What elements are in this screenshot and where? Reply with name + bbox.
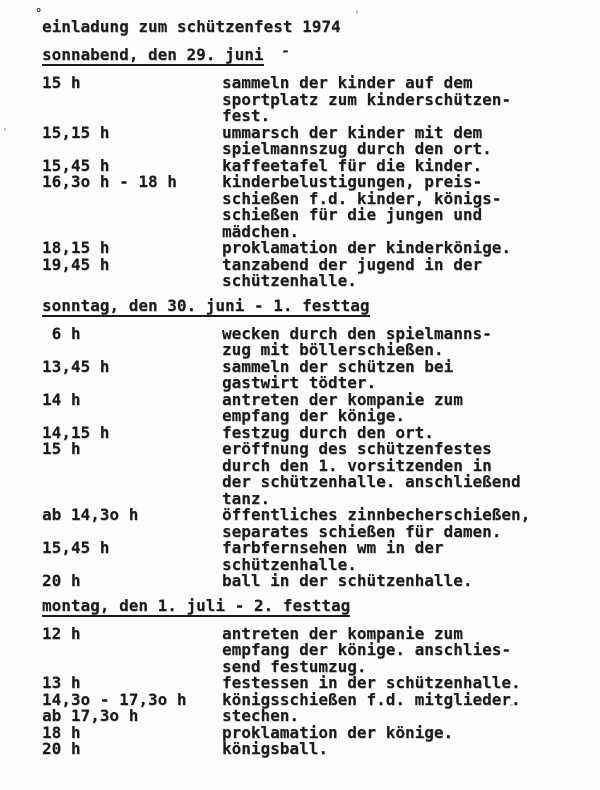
schedule-time: 13,45 h [42, 359, 222, 376]
schedule-time: ab 14,3o h [42, 507, 222, 524]
schedule-description: wecken durch den spielmanns-zug mit böll… [222, 326, 492, 359]
schedule-description: farbfernsehen wm in derschützenhalle. [222, 540, 444, 573]
schedule-description: antreten der kompanie zumempfang der kön… [222, 392, 463, 425]
schedule-row: 20 hball in der schützenhalle. [42, 573, 592, 590]
schedule-row: 6 hwecken durch den spielmanns-zug mit b… [42, 326, 592, 359]
schedule-time: 15 h [42, 441, 222, 458]
section-heading: sonnabend, den 29. juni [42, 46, 264, 66]
schedule-description: tanzabend der jugend in derschützenhalle… [222, 257, 482, 290]
schedule-row: 16,3o h - 18 hkinderbelustigungen, preis… [42, 174, 592, 240]
scan-speck [356, 10, 358, 14]
schedule-description: sammeln der kinder auf demsportplatz zum… [222, 75, 511, 125]
document-content: einladung zum schützenfest 1974 sonnaben… [42, 18, 592, 758]
schedule-row: 15 hsammeln der kinder auf demsportplatz… [42, 75, 592, 125]
schedule-row: 15,15 hummarsch der kinder mit demspielm… [42, 125, 592, 158]
section-heading: montag, den 1. juli - 2. festtag [42, 597, 350, 617]
schedule-section: sonnabend, den 29. juni15 hsammeln der k… [42, 45, 592, 290]
schedule-time: 14 h [42, 392, 222, 409]
schedule-time: 6 h [42, 326, 222, 343]
schedule-row: 14 hantreten der kompanie zumempfang der… [42, 392, 592, 425]
schedule-description-line: schützenhalle. [222, 273, 482, 290]
schedule-row: 19,45 htanzabend der jugend in derschütz… [42, 257, 592, 290]
section-heading-row: sonntag, den 30. juni - 1. festtag [42, 296, 592, 317]
schedule-time: 20 h [42, 741, 222, 758]
schedule-row: 13,45 hsammeln der schützen beigastwirt … [42, 359, 592, 392]
schedule-row: 12 hantreten der kompanie zumempfang der… [42, 626, 592, 676]
scanned-document-page: ° - einladung zum schützenfest 1974 sonn… [0, 0, 600, 790]
schedule-description: sammeln der schützen beigastwirt tödter. [222, 359, 453, 392]
schedule-time: 19,45 h [42, 257, 222, 274]
section-heading-row: montag, den 1. juli - 2. festtag [42, 596, 592, 617]
schedule-time: 15,15 h [42, 125, 222, 142]
schedule-description: antreten der kompanie zumempfang der kön… [222, 626, 511, 676]
schedule-description: ummarsch der kinder mit demspielmannszug… [222, 125, 492, 158]
schedule-row: ab 14,3o höffentliches zinnbecherschieße… [42, 507, 592, 540]
section-heading: sonntag, den 30. juni - 1. festtag [42, 297, 370, 317]
scan-speck [4, 128, 6, 131]
schedule-row: 15,45 hfarbfernsehen wm in derschützenha… [42, 540, 592, 573]
section-heading-row: sonnabend, den 29. juni [42, 45, 592, 66]
schedule-description: königsball. [222, 741, 328, 758]
schedule-description-line: königsball. [222, 741, 328, 758]
schedule-description-line: ball in der schützenhalle. [222, 573, 472, 590]
schedule-time: 16,3o h - 18 h [42, 174, 222, 191]
schedule-description: öffentliches zinnbecherschießen,separate… [222, 507, 530, 540]
schedule-time: 15 h [42, 75, 222, 92]
schedule-row: 15 heröffnung des schützenfestesdurch de… [42, 441, 592, 507]
schedule-time: 20 h [42, 573, 222, 590]
schedule-section: montag, den 1. juli - 2. festtag12 hantr… [42, 596, 592, 758]
schedule-description: ball in der schützenhalle. [222, 573, 472, 590]
schedule-time: 15,45 h [42, 540, 222, 557]
schedule-description: eröffnung des schützenfestesdurch den 1.… [222, 441, 521, 507]
schedule-row: 20 hkönigsball. [42, 741, 592, 758]
schedule-sections: sonnabend, den 29. juni15 hsammeln der k… [42, 45, 592, 758]
schedule-description: kinderbelustigungen, preis-schießen f.d.… [222, 174, 501, 240]
document-title: einladung zum schützenfest 1974 [42, 18, 592, 35]
schedule-time: 12 h [42, 626, 222, 643]
schedule-section: sonntag, den 30. juni - 1. festtag 6 hwe… [42, 296, 592, 590]
